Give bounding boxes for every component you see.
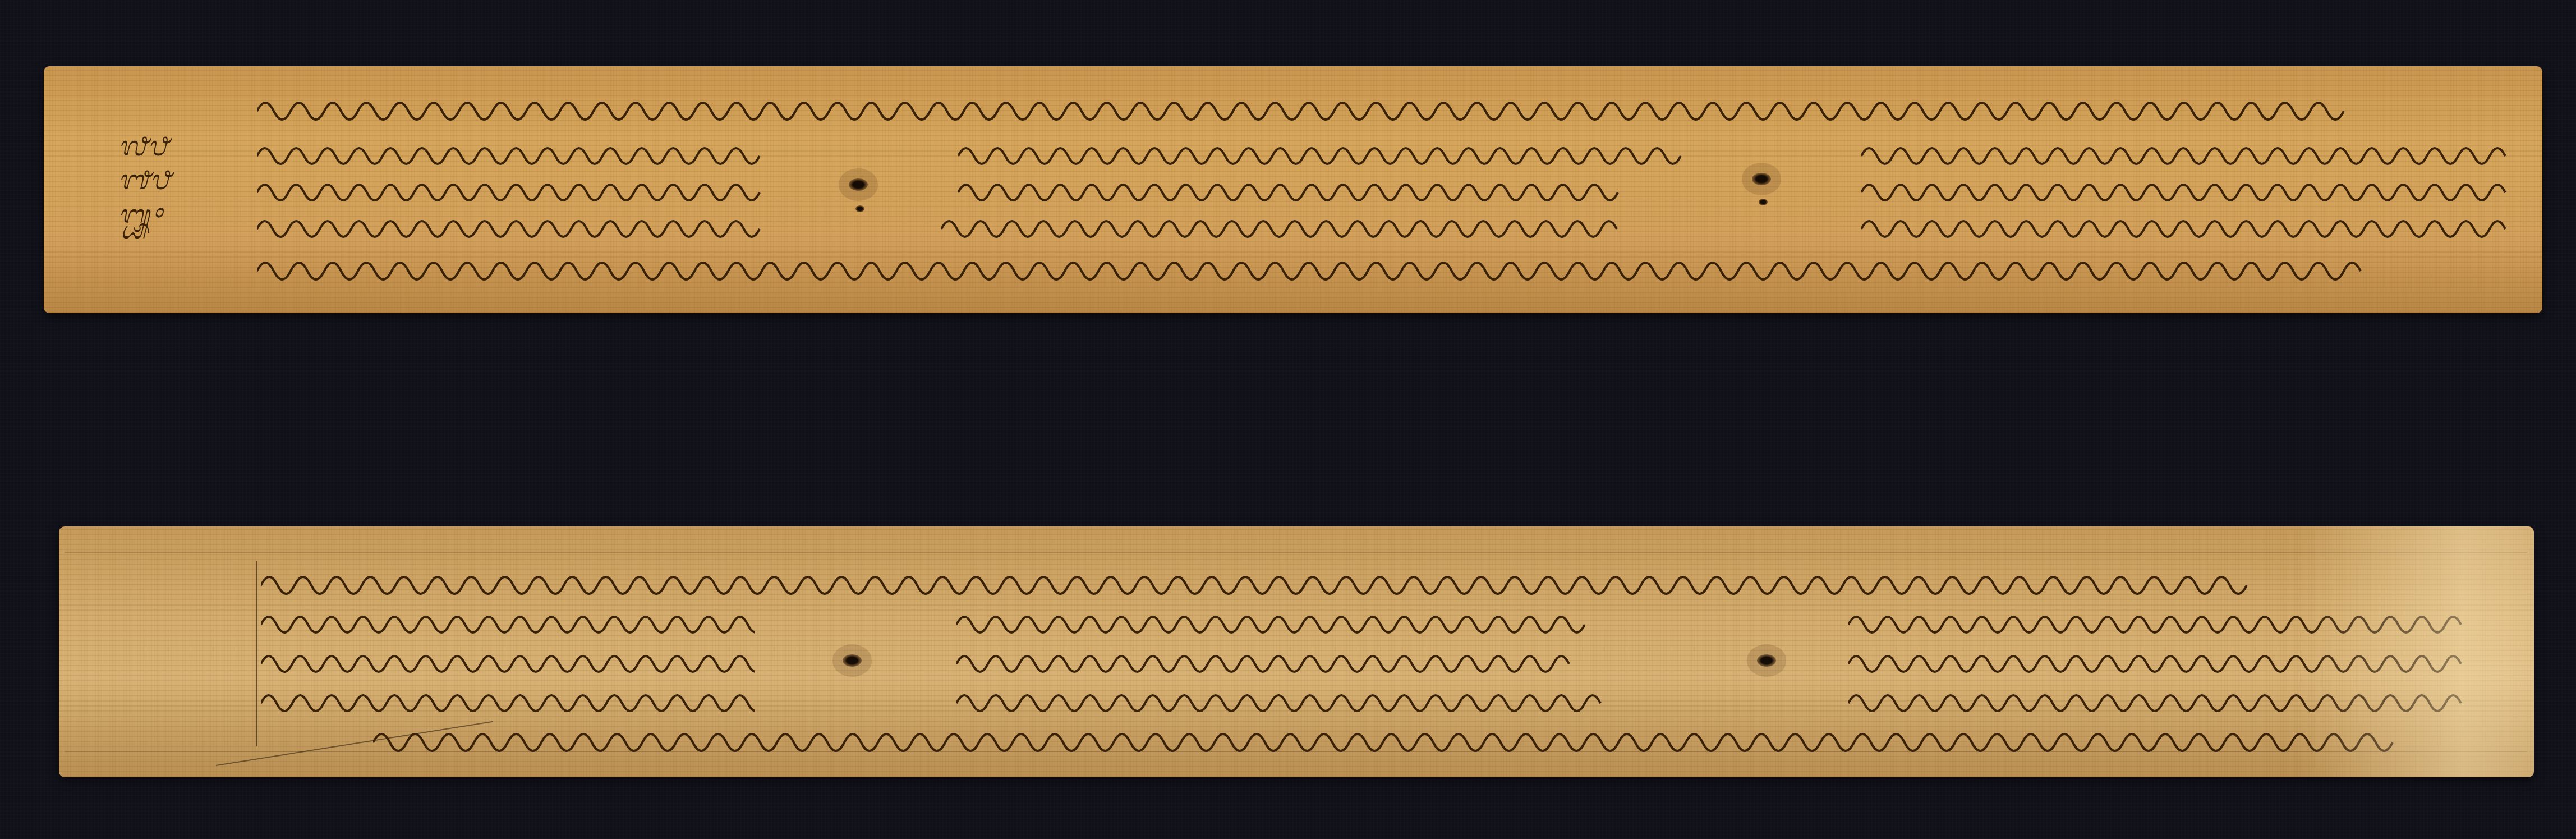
- palm-leaf-bottom: [59, 526, 2534, 777]
- script-line-3-left: [257, 170, 762, 209]
- script-line-4-middle: [956, 681, 1607, 720]
- binding-hole: [1757, 654, 1776, 667]
- script-line-2-left: [257, 134, 762, 173]
- script-line-2-left: [261, 602, 755, 641]
- script-line-1: [261, 563, 2359, 602]
- script-line-2-middle: [958, 134, 1687, 173]
- script-line-2-right: [1848, 602, 2465, 641]
- script-line-3-left: [261, 641, 755, 681]
- script-line-4-left: [257, 207, 762, 246]
- margin-rule-line: [256, 561, 257, 746]
- binding-hole: [843, 654, 862, 667]
- script-line-3-right: [1861, 170, 2512, 209]
- script-line-5: [373, 720, 2465, 759]
- script-line-3-right: [1848, 641, 2465, 681]
- binding-hole: [849, 178, 868, 191]
- ruled-line: [65, 552, 2527, 553]
- script-line-3-middle: [958, 170, 1631, 209]
- script-line-5: [257, 249, 2456, 288]
- script-line-2-right: [1861, 134, 2512, 173]
- binding-hole: [1752, 173, 1771, 185]
- palm-leaf-top: ᭗᭘ ᭑᭘ ᭛᭜: [44, 66, 2542, 313]
- script-line-4-right: [1848, 681, 2465, 720]
- script-line-1: [257, 89, 2377, 128]
- script-line-4-left: [261, 681, 755, 720]
- script-line-2-middle: [956, 602, 1585, 641]
- script-line-3-middle: [956, 641, 1574, 681]
- margin-numeral: ᭛᭜: [118, 195, 163, 244]
- script-line-4-middle: [941, 207, 1626, 246]
- binding-hole-small: [855, 205, 864, 212]
- script-line-4-right: [1861, 207, 2512, 246]
- binding-hole-small: [1759, 199, 1768, 205]
